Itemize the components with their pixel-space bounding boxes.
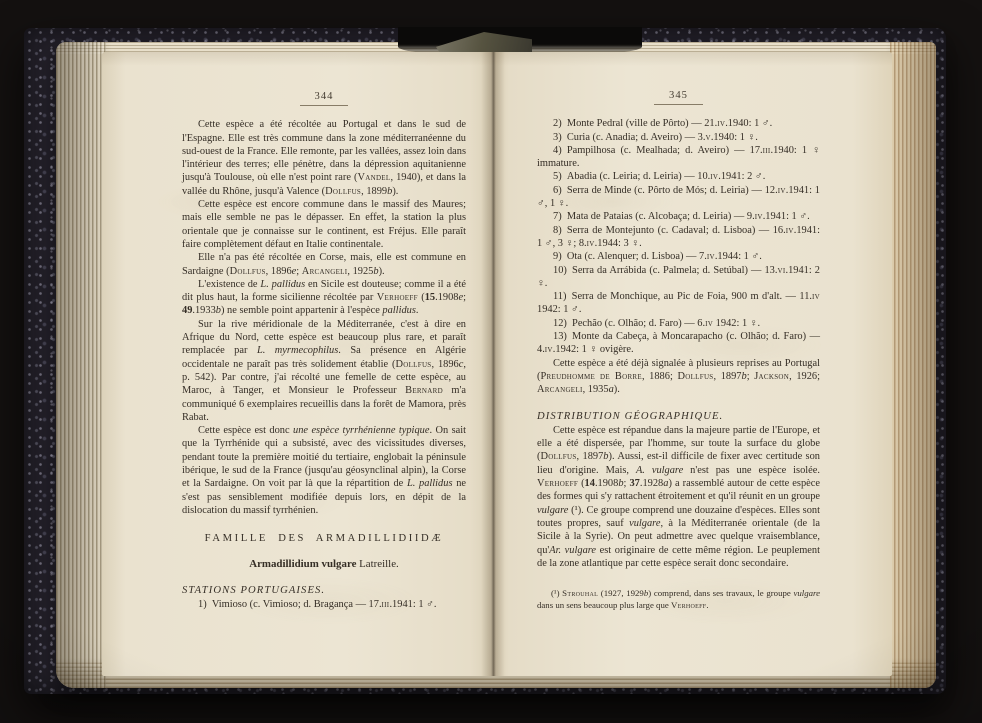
paragraph: Cette espèce est répandue dans la majeur… — [537, 424, 820, 570]
page-left-text: 344Cette espèce a été récoltée au Portug… — [102, 52, 493, 611]
station-entry: 1) Vimioso (c. Vimioso; d. Bragança — 17… — [182, 598, 466, 611]
station-entry: 11) Serra de Monchique, au Pic de Foia, … — [537, 290, 820, 317]
paragraph: Cette espèce a été déjà signalée à plusi… — [537, 357, 820, 397]
paragraph: Cette espèce est donc une espèce tyrrhén… — [182, 424, 466, 517]
page-right-text: 3452) Monte Pedral (ville de Pôrto) — 21… — [493, 52, 892, 611]
footnote: (¹) Strouhal (1927, 1929b) comprend, dan… — [537, 588, 820, 611]
book-scan: 344Cette espèce a été récoltée au Portug… — [0, 0, 982, 723]
paragraph: Sur la rive méridionale de la Méditerran… — [182, 318, 466, 424]
paragraph: Cette espèce a été récoltée au Portugal … — [182, 118, 466, 198]
family-heading: FAMILLE DES ARMADILLIDIIDÆ — [182, 532, 466, 545]
open-spread: 344Cette espèce a été récoltée au Portug… — [102, 52, 892, 676]
species-heading: Armadillidium vulgare Latreille. — [182, 558, 466, 571]
paragraph: Elle n'a pas été récoltée en Corse, mais… — [182, 251, 466, 278]
station-entry: 10) Serra da Arrábida (c. Palmela; d. Se… — [537, 264, 820, 291]
station-entry: 2) Monte Pedral (ville de Pôrto) — 21.iv… — [537, 117, 820, 130]
station-entry: 4) Pampilhosa (c. Mealhada; d. Aveiro) —… — [537, 144, 820, 171]
station-entry: 13) Monte da Cabeça, à Moncarapacho (c. … — [537, 330, 820, 357]
station-entry: 12) Pechão (c. Olhão; d. Faro) — 6.iv 19… — [537, 317, 820, 330]
station-entry: 8) Serra de Montejunto (c. Cadaval; d. L… — [537, 224, 820, 251]
page-number: 344 — [182, 90, 466, 106]
page-number: 345 — [537, 89, 820, 105]
station-entry: 3) Curia (c. Anadia; d. Aveiro) — 3.v.19… — [537, 131, 820, 144]
station-entry: 5) Abadia (c. Leiria; d. Leiria) — 10.iv… — [537, 170, 820, 183]
paragraph: L'existence de L. pallidus en Sicile est… — [182, 278, 466, 318]
station-entry: 7) Mata de Pataias (c. Alcobaça; d. Leir… — [537, 210, 820, 223]
paragraph: Cette espèce est encore commune dans le … — [182, 198, 466, 251]
station-entry: 9) Ota (c. Alenquer; d. Lisboa) — 7.iv.1… — [537, 250, 820, 263]
section-label: STATIONS PORTUGAISES. — [182, 584, 466, 597]
page-left: 344Cette espèce a été récoltée au Portug… — [102, 52, 493, 676]
station-entry: 6) Serra de Minde (c. Pôrto de Mós; d. L… — [537, 184, 820, 211]
section-label: DISTRIBUTION GÉOGRAPHIQUE. — [537, 410, 820, 423]
page-right: 3452) Monte Pedral (ville de Pôrto) — 21… — [493, 52, 892, 676]
